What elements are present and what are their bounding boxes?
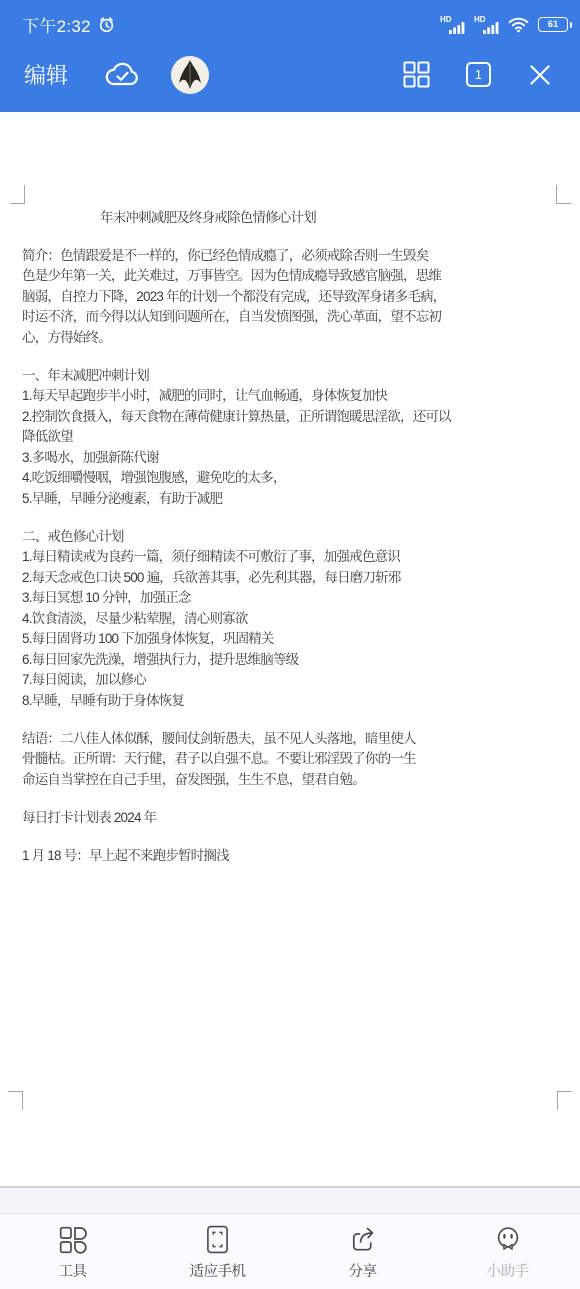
bottom-toolbar: 工具 适应手机 分享 <box>0 1213 580 1289</box>
close-icon <box>527 62 553 88</box>
text-line: 骨髓枯。正所谓：天行健，君子以自强不息。不要让邪淫毁了你的一生 <box>22 749 562 770</box>
share-button[interactable]: 分享 <box>290 1214 435 1289</box>
text-line: 一、年末减肥冲刺计划 <box>22 366 562 387</box>
text-line: 降低欲望 <box>22 427 562 448</box>
text-line: 色是少年第一关，此关难过，万事皆空。因为色情成瘾导致感官脑强，思维 <box>22 266 562 287</box>
page-corner-mark-bottom-left <box>8 1091 23 1110</box>
fit-phone-button[interactable]: 适应手机 <box>145 1214 290 1289</box>
cloud-saved-button[interactable] <box>104 60 141 89</box>
text-line: 3.每日冥想 10 分钟，加强正念 <box>22 588 562 609</box>
document-title: 年末冲刺减肥及终身戒除色情修心计划 <box>100 208 560 229</box>
text-line: 5.每日固肾功 100 下加强身体恢复，巩固精关 <box>22 629 562 650</box>
text-line: 每日打卡计划表 2024 年 <box>22 808 562 829</box>
text-line: 2.控制饮食摄入，每天食物在薄荷健康计算热量，正所谓饱暖思淫欲，还可以 <box>22 407 562 428</box>
fit-phone-icon <box>205 1225 230 1254</box>
paragraph: 1 月 18 号：早上起不来跑步暂时搁浅 <box>22 846 562 867</box>
text-line: 简介：色情跟爱是不一样的，你已经色情成瘾了，必须戒除否则一生毁矣 <box>22 246 562 267</box>
close-button[interactable] <box>527 62 553 88</box>
text-line: 1.每日精读戒为良药一篇，须仔细精读不可敷衍了事，加强戒色意识 <box>22 547 562 568</box>
text-line: 4.吃饭细嚼慢咽，增强饱腹感，避免吃的太多， <box>22 468 562 489</box>
assistant-button[interactable]: 小助手 <box>435 1214 580 1289</box>
text-line: 心，方得始终。 <box>22 328 562 349</box>
cell-signal-hd-icon-2: HD <box>474 16 499 34</box>
document-body: 简介：色情跟爱是不一样的，你已经色情成瘾了，必须戒除否则一生毁矣色是少年第一关，… <box>22 246 562 867</box>
paragraph: 结语：二八佳人体似酥，腰间仗剑斩愚夫，虽不见人头落地，暗里使人骨髓枯。正所谓：天… <box>22 729 562 791</box>
text-line: 1.每天早起跑步半小时，减肥的同时，让气血畅通，身体恢复加快 <box>22 386 562 407</box>
text-line: 3.多喝水，加强新陈代谢 <box>22 448 562 469</box>
page-corner-mark-bottom-right <box>557 1091 572 1110</box>
tools-button[interactable]: 工具 <box>0 1214 145 1289</box>
page-corner-mark-top-right <box>556 185 571 204</box>
paragraph: 简介：色情跟爱是不一样的，你已经色情成瘾了，必须戒除否则一生毁矣色是少年第一关，… <box>22 246 562 349</box>
text-line: 7.每日阅读，加以修心 <box>22 670 562 691</box>
app-grid-button[interactable] <box>403 61 430 88</box>
app-bar: 编辑 <box>0 45 580 112</box>
battery-level: 61 <box>538 17 568 32</box>
clock-time: 下午2:32 <box>22 12 91 37</box>
cloud-check-icon <box>104 60 141 89</box>
tools-grid-icon <box>59 1225 87 1254</box>
text-line: 脑弱，自控力下降，2023 年的计划一个都没有完成，还导致浑身诸多毛病， <box>22 287 562 308</box>
text-line: 二、戒色修心计划 <box>22 527 562 548</box>
document-count-button[interactable]: 1 <box>466 62 491 87</box>
alarm-icon <box>98 16 115 33</box>
document-page[interactable]: 年末冲刺减肥及终身戒除色情修心计划 简介：色情跟爱是不一样的，你已经色情成瘾了，… <box>0 112 580 1186</box>
header: 下午2:32 HD <box>0 0 580 112</box>
paragraph: 二、戒色修心计划1.每日精读戒为良药一篇，须仔细精读不可敷衍了事，加强戒色意识2… <box>22 527 562 712</box>
edit-mode-label[interactable]: 编辑 <box>24 59 68 90</box>
text-line: 8.早睡，早睡有助于身体恢复 <box>22 691 562 712</box>
page-background-strip <box>0 1186 580 1213</box>
paragraph: 一、年末减肥冲刺计划1.每天早起跑步半小时，减肥的同时，让气血畅通，身体恢复加快… <box>22 366 562 510</box>
text-line: 4.饮食清淡，尽量少粘荤腥，清心则寡欲 <box>22 609 562 630</box>
share-arrow-icon <box>348 1225 378 1254</box>
text-line: 6.每日回家先洗澡，增强执行力，提升思维脑等级 <box>22 650 562 671</box>
grid-icon <box>403 61 430 88</box>
text-line: 命运自当掌控在自己手里，奋发图强，生生不息，望君自勉。 <box>22 770 562 791</box>
document-count: 1 <box>475 67 482 82</box>
text-line: 1 月 18 号：早上起不来跑步暂时搁浅 <box>22 846 562 867</box>
text-line: 2.每天念戒色口诀 500 遍，兵欲善其事，必先利其器，每日磨刀斩邪 <box>22 568 562 589</box>
assistant-face-icon <box>493 1225 523 1254</box>
status-bar: 下午2:32 HD <box>0 0 580 45</box>
cell-signal-hd-icon-1: HD <box>440 16 465 34</box>
wps-editor-screen: 下午2:32 HD <box>0 0 580 1289</box>
avatar[interactable] <box>171 56 209 94</box>
text-line: 5.早睡，早睡分泌瘦素，有助于减肥 <box>22 489 562 510</box>
paragraph: 每日打卡计划表 2024 年 <box>22 808 562 829</box>
battery-icon: 61 <box>538 17 572 32</box>
text-line: 结语：二八佳人体似酥，腰间仗剑斩愚夫，虽不见人头落地，暗里使人 <box>22 729 562 750</box>
page-corner-mark-top-left <box>10 185 25 204</box>
wifi-icon <box>508 17 529 33</box>
text-line: 时运不济，而今得以认知到问题所在，自当发愤图强，洗心革面，望不忘初 <box>22 307 562 328</box>
